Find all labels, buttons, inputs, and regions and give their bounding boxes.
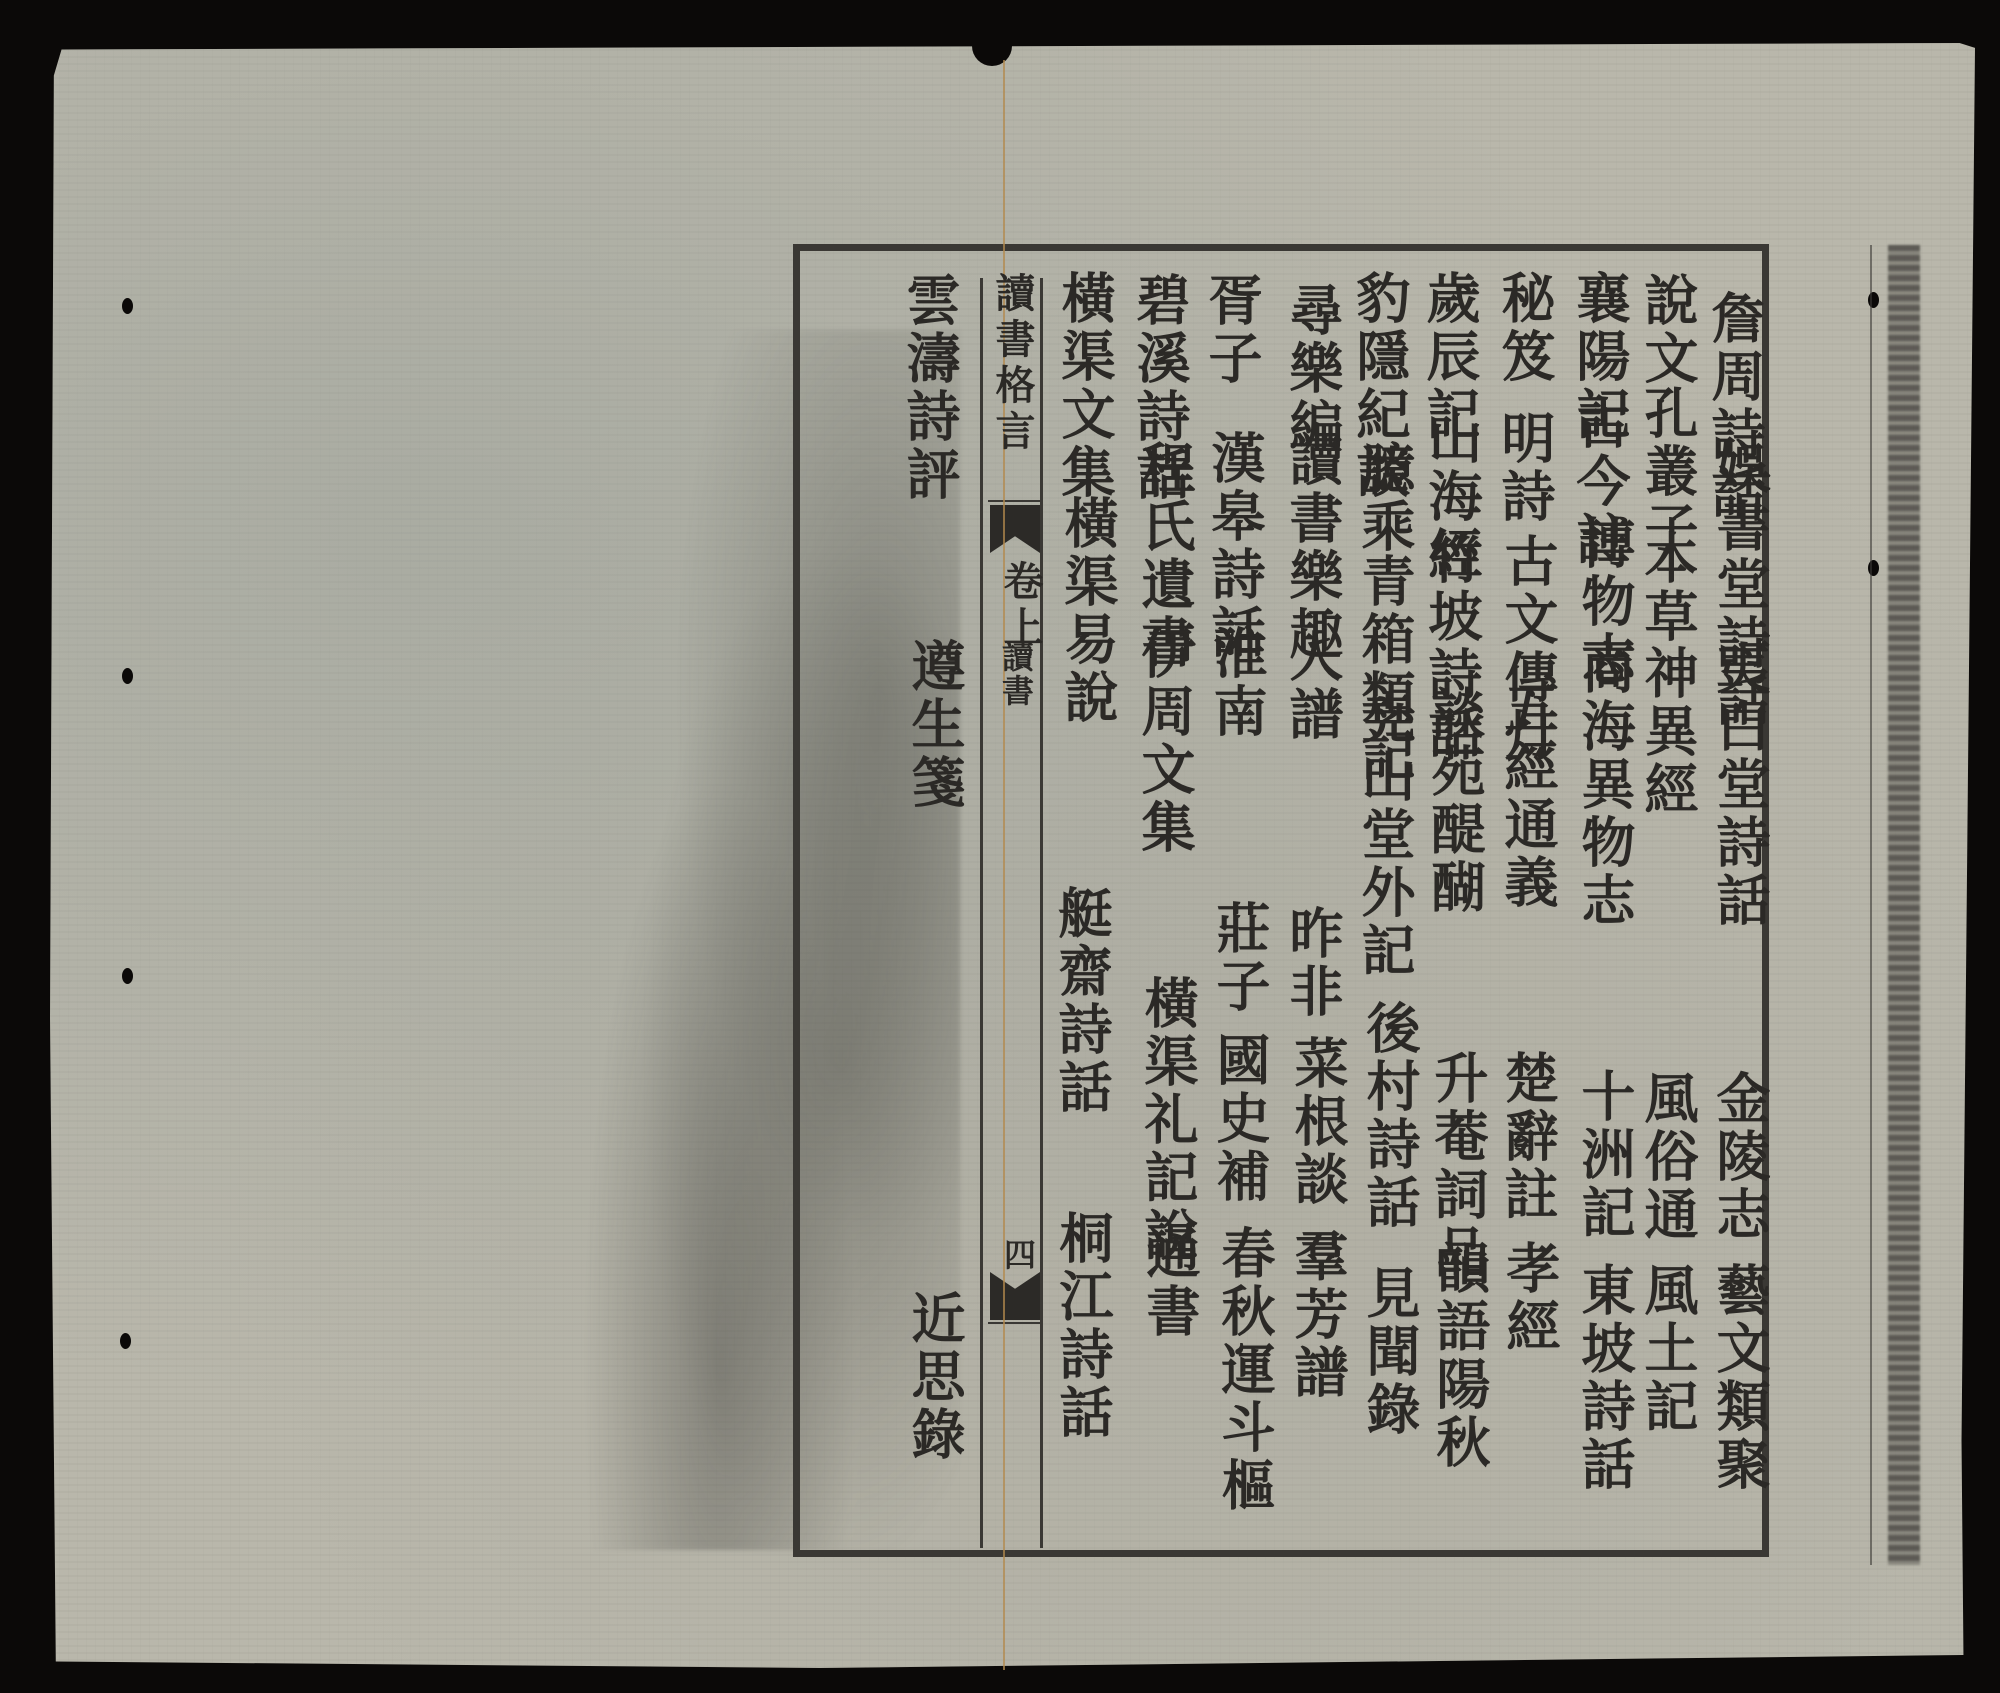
adjacent-page-rule	[1870, 245, 1872, 1565]
fishtail-rule	[988, 1322, 1042, 1324]
book-title: 明詩	[1498, 410, 1552, 526]
book-title: 孝經	[1503, 1240, 1557, 1356]
book-title: 莊子	[1213, 900, 1267, 1016]
book-title: 春秋運斗樞	[1218, 1225, 1272, 1515]
book-title: 秘笈	[1498, 270, 1552, 386]
binding-hole	[122, 668, 133, 684]
book-title: 風俗通	[1641, 1070, 1695, 1244]
book-title: 韻語陽秋	[1433, 1240, 1487, 1472]
book-title: 通書	[1143, 1225, 1197, 1341]
center-band-right-rule	[1040, 278, 1043, 1548]
binding-hole	[122, 298, 133, 314]
book-title: 談苑醍醐	[1428, 685, 1482, 917]
book-title: 國史補	[1213, 1032, 1267, 1206]
book-title: 桐江詩話	[1056, 1210, 1110, 1442]
book-title: 五經通義	[1501, 680, 1555, 912]
book-title: 尭山堂外記	[1358, 690, 1412, 980]
book-title: 十洲記	[1578, 1068, 1632, 1242]
book-title: 伊周文集	[1138, 625, 1192, 857]
book-title: 昨非	[1286, 905, 1340, 1021]
adjacent-page-border-offset	[1888, 245, 1920, 1565]
center-band-section: 讀書	[1000, 640, 1032, 708]
book-title: 風土記	[1641, 1262, 1695, 1436]
center-band-left-rule	[980, 278, 983, 1548]
book-title: 金陵志	[1713, 1070, 1767, 1244]
center-band-title: 讀書格言	[992, 272, 1032, 456]
book-title: 羣芳譜	[1291, 1228, 1345, 1402]
book-title: 夷白堂詩話	[1713, 640, 1767, 930]
book-title: 淮南	[1210, 625, 1264, 741]
book-title: 東坡詩話	[1578, 1262, 1632, 1494]
book-title: 見聞錄	[1363, 1265, 1417, 1439]
binding-hole	[122, 968, 133, 984]
book-title: 藝文類聚	[1713, 1262, 1767, 1494]
book-title: 臆乘	[1358, 440, 1412, 556]
center-band-page-number: 四	[1002, 1238, 1034, 1272]
book-title: 近思錄	[908, 1290, 962, 1464]
book-title: 雲濤詩評	[903, 272, 957, 504]
book-title: 菜根談	[1291, 1035, 1345, 1209]
book-title: 尋樂編	[1286, 282, 1340, 456]
book-title: 艇齋詩話	[1055, 885, 1109, 1117]
book-title: 橫渠文集	[1058, 270, 1112, 502]
binding-hole	[120, 1333, 131, 1349]
book-title: 橫渠礼記說	[1141, 975, 1195, 1265]
book-title: 胥子	[1205, 272, 1259, 388]
book-title: 說文	[1641, 272, 1695, 388]
book-title: 後村詩話	[1363, 1000, 1417, 1232]
book-title: 橫渠易說	[1061, 495, 1115, 727]
book-title: 本草	[1641, 530, 1695, 646]
center-band-volume: 卷上	[1000, 495, 1040, 652]
book-title: 商海異物志	[1578, 640, 1632, 930]
book-title: 神異經	[1641, 645, 1695, 819]
book-title: 楚辭註	[1501, 1050, 1555, 1224]
book-title: 人譜	[1286, 628, 1340, 744]
book-title: 遵生箋	[908, 638, 962, 812]
